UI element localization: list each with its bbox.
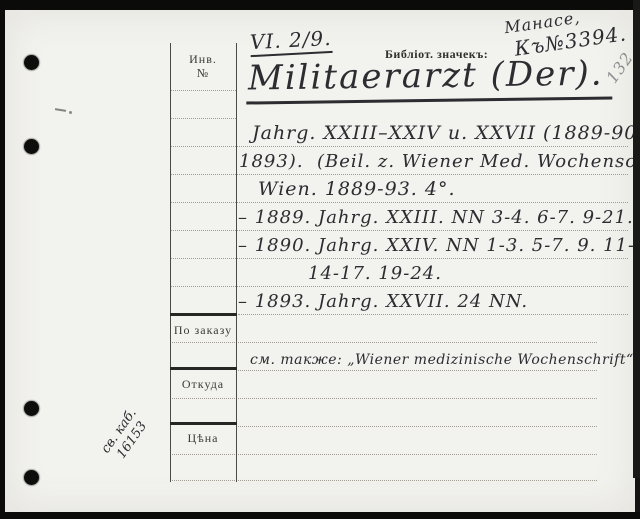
table-border-right	[236, 43, 237, 482]
rule-line	[170, 398, 597, 399]
punch-hole	[24, 470, 39, 485]
scan-edge-bottom	[0, 512, 640, 519]
rule-line	[170, 118, 236, 119]
rule-line	[170, 146, 628, 147]
rule-line	[170, 454, 597, 455]
rule-line	[238, 370, 597, 371]
scan-edge-right	[633, 0, 640, 478]
scan-edge-left	[0, 0, 5, 519]
inventory-label-line2: №	[170, 66, 236, 80]
see-also-note: см. также: „Wiener medizinische Wochensc…	[250, 352, 639, 368]
rule-line	[170, 202, 628, 203]
rule-line	[238, 314, 628, 315]
catalog-card-scan: Инв. № По заказу Откуда Цѣна VI. 2/9. Би…	[0, 0, 640, 519]
rule-line	[170, 480, 597, 481]
punch-hole	[24, 139, 39, 154]
rule-line	[170, 258, 628, 259]
entry-line: 1893). (Beil. z. Wiener Med. Wochenschr.…	[239, 149, 640, 174]
origin-label: Откуда	[170, 377, 236, 391]
rule-line	[170, 174, 628, 175]
table-border-left	[170, 43, 171, 482]
rule-line	[170, 90, 236, 91]
rule-line	[238, 426, 597, 427]
order-label: По заказу	[170, 323, 236, 337]
entry-line: Wien. 1889-93. 4°.	[258, 177, 456, 202]
entry-line: – 1890. Jahrg. XXIV. NN 1-3. 5-7. 9. 11-…	[238, 233, 640, 258]
rule-line	[170, 342, 597, 343]
pencil-mark	[69, 111, 72, 114]
table-section-divider	[170, 422, 237, 425]
entry-line: – 1893. Jahrg. XXVII. 24 NN.	[238, 289, 528, 314]
rule-line	[170, 230, 628, 231]
class-mark: VI. 2/9.	[249, 26, 332, 57]
scan-edge-top	[0, 0, 640, 10]
card-title: Militaerarzt (Der).	[246, 53, 613, 104]
inventory-label-line1: Инв.	[170, 52, 236, 66]
table-section-divider	[170, 367, 237, 370]
entry-line: – 1889. Jahrg. XXIII. NN 3-4. 6-7. 9-21.…	[238, 205, 640, 230]
entry-line: Jahrg. XXIII–XXIV u. XXVII (1889-90.	[252, 121, 640, 146]
table-section-divider	[170, 313, 237, 316]
punch-hole	[24, 401, 39, 416]
price-label: Цѣна	[170, 431, 236, 445]
entry-line: 14-17. 19-24.	[308, 261, 442, 286]
punch-hole	[24, 55, 39, 70]
inventory-number-label: Инв. №	[170, 52, 236, 80]
rule-line	[170, 286, 628, 287]
